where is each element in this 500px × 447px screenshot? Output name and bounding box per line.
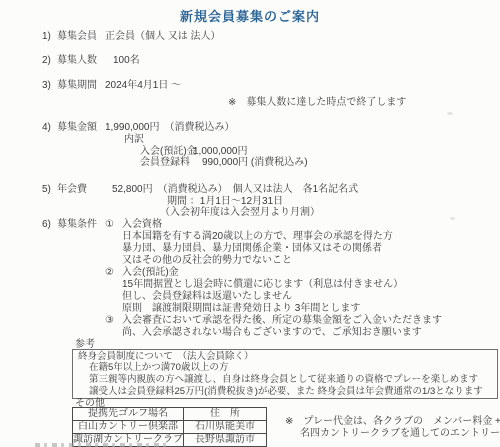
partner-golf-course-table: 提携先ゴルフ場名 住 所 白山カントリー倶楽部 石川県能美市 諏訪湖カントリーク…	[72, 407, 267, 447]
table-header-row: 提携先ゴルフ場名 住 所	[73, 408, 267, 421]
condition3-marker: ③	[105, 315, 114, 326]
scan-speck	[450, 217, 455, 220]
page-title: 新規会員募集のご案内	[0, 6, 500, 25]
item3-label: 募集期間	[57, 80, 97, 91]
item4-row1-name: 入会(預託)金	[140, 146, 197, 157]
item4-row1-amount: 1,000,000円	[193, 146, 248, 157]
item2-number: 2)	[42, 55, 51, 66]
document-page: 新規会員募集のご案内 1) 募集会員 正会員（個人 又は 法人） 2) 募集人数…	[0, 0, 500, 447]
item4-number: 4)	[42, 122, 51, 133]
item4-breakdown-label: 内訳	[124, 134, 144, 145]
item3-number: 3)	[42, 80, 51, 91]
refbox-line3: 譲受人は会員登録料25万円(消費税抜き)が必要、また 終身会員は年会費通常の1/…	[89, 386, 483, 397]
table-row: 白山カントリー倶楽部 石川県能美市	[73, 421, 267, 434]
item5-prorate-note: （入会初年度は入会翌月より月割）	[160, 207, 320, 218]
condition1-line2: 暴力団、暴力団員、暴力団関係企業・団体又はその関係者	[122, 243, 382, 254]
item5-number: 5)	[42, 184, 51, 195]
truncated-bottom-text	[35, 443, 167, 447]
condition2-line1: 15年間据置とし退会時に償還に応じます（利息は付きません）	[122, 279, 403, 290]
item3-note: ※ 募集人数に達した時点で終了します	[228, 97, 406, 108]
refbox-line1: 在籍5年以上かつ満70歳以上の方	[89, 362, 228, 373]
refbox-title: 終身会員制度について （法人会員除く）	[78, 351, 254, 362]
condition3-title: 入会審査において承認を得た後、所定の募集金額をご入金いただきます	[122, 315, 442, 326]
item4-row2-amount: 990,000円 (消費税込み)	[202, 157, 308, 168]
table-cell-address: 長野県諏訪市	[184, 434, 267, 447]
item1-number: 1)	[42, 31, 51, 42]
item5-period: 期間 ：1月1日～12月31日	[167, 196, 283, 207]
condition2-line2: 但し、会員登録料は返還いたしません	[122, 291, 292, 302]
item5-label: 年会費	[57, 184, 87, 195]
scan-speck	[447, 112, 453, 115]
item2-value: 100名	[113, 55, 140, 66]
lifetime-membership-box: 終身会員制度について （法人会員除く） 在籍5年以上かつ満70歳以上の方 第三親…	[72, 349, 498, 399]
item3-value: 2024年4月1日 ～	[105, 80, 181, 91]
entry-condition-note: 名四カントリークラブを通してのエントリーが条件	[300, 428, 500, 439]
item4-value: 1,990,000円 （消費税込み）	[105, 122, 235, 133]
item1-label: 募集会員	[57, 31, 97, 42]
condition1-title: 入会資格	[122, 219, 162, 230]
item4-label: 募集金額	[57, 122, 97, 133]
item5-value: 52,800円 （消費税込み） 個人又は法人 各1名記名式	[112, 184, 358, 195]
condition3-line1: 尚、入会承認されない場合もございますので、ご承知おき願います	[122, 327, 422, 338]
item1-value: 正会員（個人 又は 法人）	[105, 31, 221, 42]
item6-number: 6)	[42, 219, 51, 230]
condition2-line3: 原則 譲渡制限期間は証書発効日より 3年間とします	[122, 303, 360, 314]
refbox-line2: 第三親等内親族の方へ譲渡し、自身は終身会員として従来通りの資格でプレーを楽しめま…	[89, 374, 478, 385]
item2-label: 募集人数	[57, 55, 97, 66]
condition1-line1: 日本国籍を有する満20歳以上の方で、理事会の承認を得た方	[122, 231, 393, 242]
condition2-marker: ②	[105, 267, 114, 278]
condition2-title: 入会(預託)金	[122, 267, 179, 278]
condition1-line3: 又はその他の反社会的勢力でないこと	[122, 255, 292, 266]
table-cell-address: 石川県能美市	[184, 421, 267, 434]
condition1-marker: ①	[105, 219, 114, 230]
table-header-address: 住 所	[184, 408, 267, 421]
item4-row2-name: 会員登録料	[140, 157, 190, 168]
play-fee-note: ※ プレー代金は、各クラブの メンバー料金 + 2千円	[285, 416, 500, 427]
table-header-course: 提携先ゴルフ場名	[73, 408, 184, 421]
table-cell-course: 白山カントリー倶楽部	[73, 421, 184, 434]
item6-label: 募集条件	[57, 219, 97, 230]
